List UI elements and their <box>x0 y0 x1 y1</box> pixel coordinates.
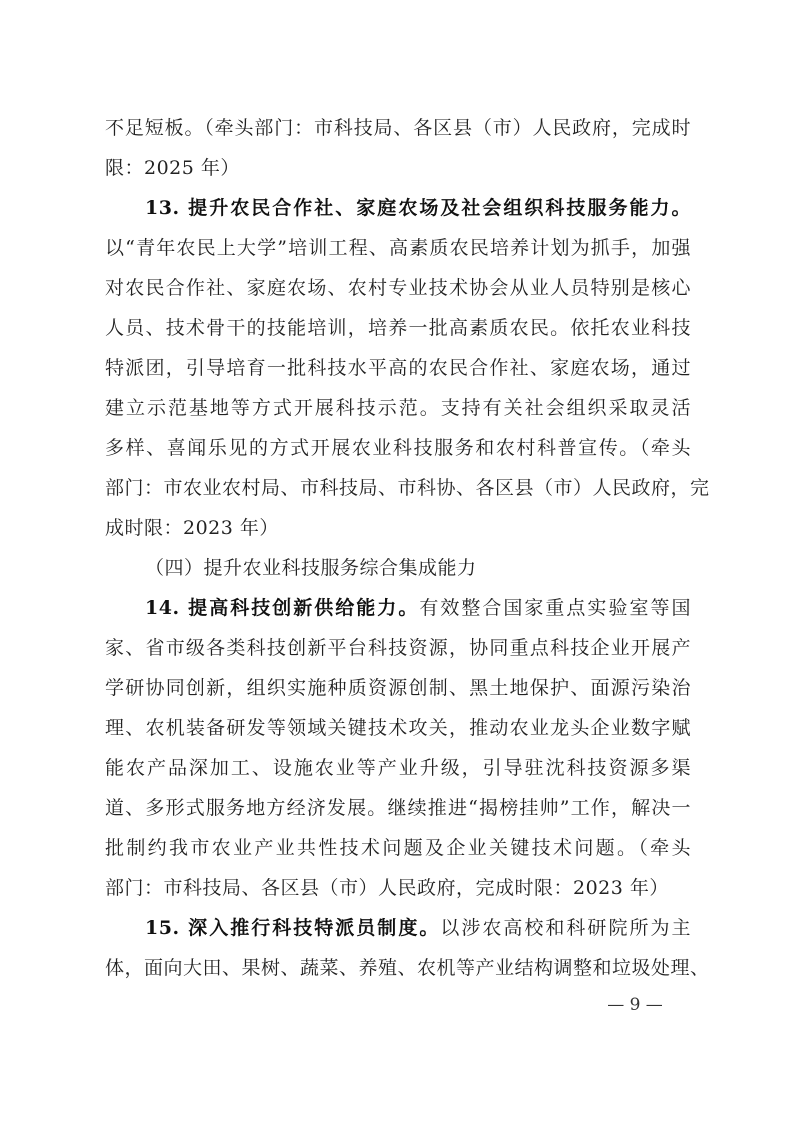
body-text-line: 成时限：2023 年） <box>105 508 691 548</box>
body-text-line: 特派团，引导培育一批科技水平高的农民合作社、家庭农场，通过 <box>105 348 691 388</box>
subsection-heading-4: （四）提升农业科技服务综合集成能力 <box>145 548 691 588</box>
line-text: 特派团，引导培育一批科技水平高的农民合作社、家庭农场，通过 <box>105 357 691 379</box>
body-text-line: 批制约我市农业产业共性技术问题及企业关键技术问题。（牵头 <box>105 828 691 868</box>
heading-text: 15. 深入推行科技特派员制度。 <box>145 917 440 939</box>
body-text-line: 对农民合作社、家庭农场、农村专业技术协会从业人员特别是核心 <box>105 268 691 308</box>
heading-text: 14. 提高科技创新供给能力。 <box>145 597 419 619</box>
document-page: 不足短板。（牵头部门：市科技局、各区县（市）人民政府，完成时 限：2025 年）… <box>0 0 793 1122</box>
line-text: 对农民合作社、家庭农场、农村专业技术协会从业人员特别是核心 <box>105 277 691 299</box>
line-text: 道、多形式服务地方经济发展。继续推进“揭榜挂帅”工作，解决一 <box>105 797 691 819</box>
body-text-line: 体，面向大田、果树、蔬菜、养殖、农机等产业结构调整和垃圾处理、 <box>105 948 691 988</box>
heading-text: （四）提升农业科技服务综合集成能力 <box>145 557 477 579</box>
line-text: 学研协同创新，组织实施种质资源创制、黑土地保护、面源污染治 <box>105 677 691 699</box>
line-text: 不足短板。（牵头部门：市科技局、各区县（市）人民政府，完成时 <box>105 117 691 139</box>
line-text: 体，面向大田、果树、蔬菜、养殖、农机等产业结构调整和垃圾处理、 <box>105 957 710 979</box>
line-text: 理、农机装备研发等领域关键技术攻关，推动农业龙头企业数字赋 <box>105 717 691 739</box>
line-text: 以涉农高校和科研院所为主 <box>440 917 691 939</box>
body-text-line: 道、多形式服务地方经济发展。继续推进“揭榜挂帅”工作，解决一 <box>105 788 691 828</box>
page-number: — 9 — <box>595 993 675 1017</box>
line-text: 建立示范基地等方式开展科技示范。支持有关社会组织采取灵活 <box>105 397 691 419</box>
body-text-line: 能农产品深加工、设施农业等产业升级，引导驻沈科技资源多渠 <box>105 748 691 788</box>
body-text-line: 限：2025 年） <box>105 148 691 188</box>
heading-text: 13. 提升农民合作社、家庭农场及社会组织科技服务能力。 <box>145 197 691 219</box>
line-text: 有效整合国家重点实验室等国 <box>419 597 691 619</box>
line-text: 部门：市科技局、各区县（市）人民政府，完成时限：2023 年） <box>105 877 669 899</box>
section-heading-15: 15. 深入推行科技特派员制度。以涉农高校和科研院所为主 <box>145 908 691 948</box>
body-text-line: 家、省市级各类科技创新平台科技资源，协同重点科技企业开展产 <box>105 628 691 668</box>
body-text-line: 建立示范基地等方式开展科技示范。支持有关社会组织采取灵活 <box>105 388 691 428</box>
body-text-line: 人员、技术骨干的技能培训，培养一批高素质农民。依托农业科技 <box>105 308 691 348</box>
line-text: 多样、喜闻乐见的方式开展农业科技服务和农村科普宣传。（牵头 <box>105 437 691 459</box>
line-text: 部门：市农业农村局、市科技局、市科协、各区县（市）人民政府，完 <box>105 477 710 499</box>
body-text-line: 多样、喜闻乐见的方式开展农业科技服务和农村科普宣传。（牵头 <box>105 428 691 468</box>
section-heading-13: 13. 提升农民合作社、家庭农场及社会组织科技服务能力。 <box>145 188 691 228</box>
body-text-line: 学研协同创新，组织实施种质资源创制、黑土地保护、面源污染治 <box>105 668 691 708</box>
line-text: 能农产品深加工、设施农业等产业升级，引导驻沈科技资源多渠 <box>105 757 691 779</box>
line-text: 成时限：2023 年） <box>105 517 279 539</box>
line-text: 以“青年农民上大学”培训工程、高素质农民培养计划为抓手，加强 <box>105 237 691 259</box>
body-text-line: 部门：市农业农村局、市科技局、市科协、各区县（市）人民政府，完 <box>105 468 691 508</box>
body-text-line: 部门：市科技局、各区县（市）人民政府，完成时限：2023 年） <box>105 868 691 908</box>
body-text-line: 以“青年农民上大学”培训工程、高素质农民培养计划为抓手，加强 <box>105 228 691 268</box>
line-text: 家、省市级各类科技创新平台科技资源，协同重点科技企业开展产 <box>105 637 691 659</box>
body-text-line: 理、农机装备研发等领域关键技术攻关，推动农业龙头企业数字赋 <box>105 708 691 748</box>
section-heading-14: 14. 提高科技创新供给能力。有效整合国家重点实验室等国 <box>145 588 691 628</box>
line-text: 批制约我市农业产业共性技术问题及企业关键技术问题。（牵头 <box>105 837 691 859</box>
line-text: 人员、技术骨干的技能培训，培养一批高素质农民。依托农业科技 <box>105 317 691 339</box>
body-text-line: 不足短板。（牵头部门：市科技局、各区县（市）人民政府，完成时 <box>105 108 691 148</box>
line-text: 限：2025 年） <box>105 157 240 179</box>
